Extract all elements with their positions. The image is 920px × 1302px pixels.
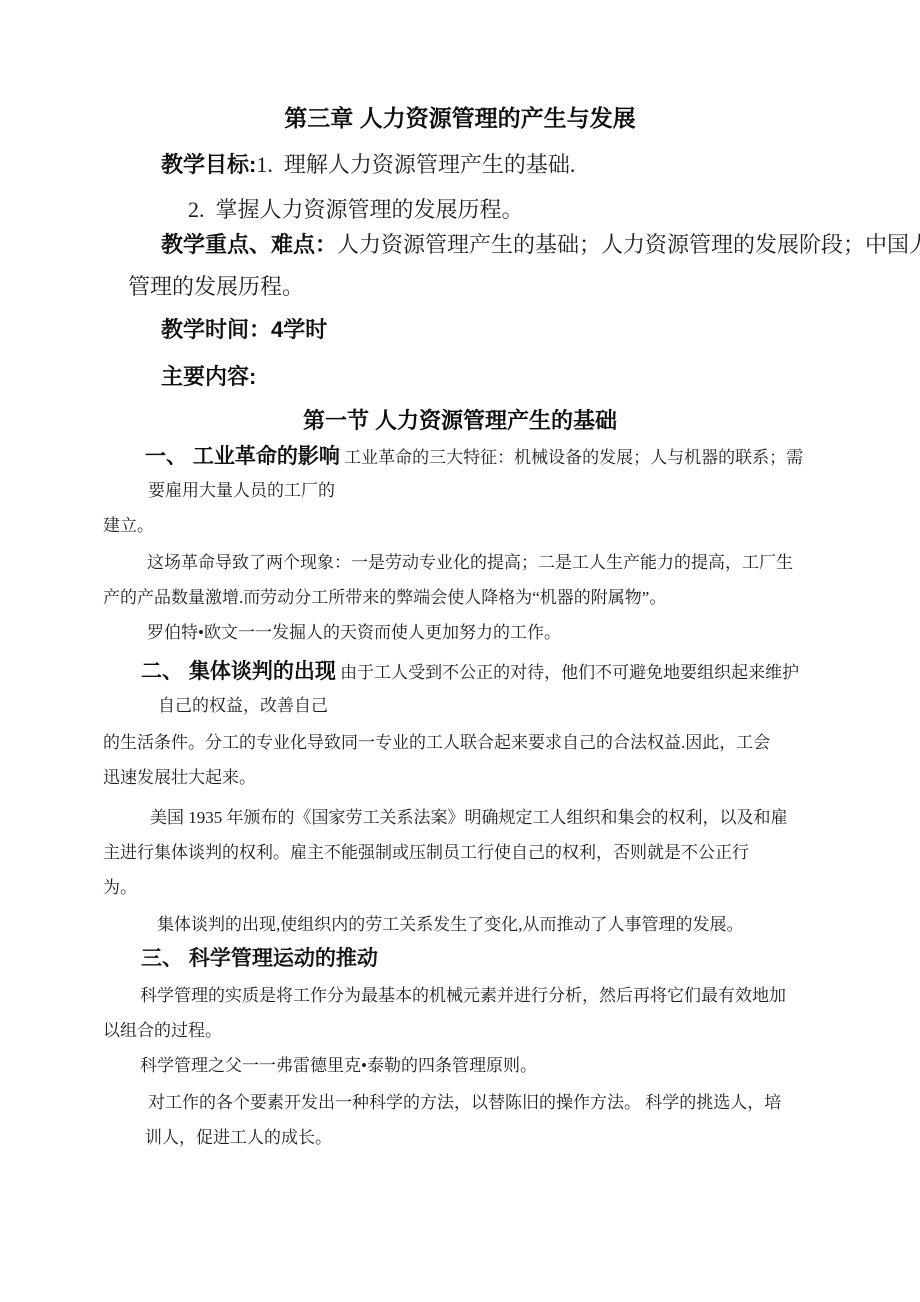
nlra-line-3: 为。 [103, 878, 137, 898]
industrial-revolution-heading-text: 工业革命的三大特征：机械设备的发展；人与机器的联系；需 [340, 448, 803, 467]
main-contents-line: 主要内容: [161, 364, 256, 389]
collective-bargaining-wrap-text: 自己的权益，改善自己 [158, 696, 328, 715]
taylor-principles-line-1: 对工作的各个要素开发出一种科学的方法，以替陈旧的操作方法。 科学的挑选人，培 [148, 1093, 781, 1113]
industrial-revolution-wrap-text: 要雇用大量人员的工厂的 [148, 481, 335, 500]
taylor-principles-text-1: 对工作的各个要素开发出一种科学的方法，以替陈旧的操作方法。 科学的挑选人，培 [148, 1093, 781, 1112]
nlra-line-1: 美国 1935 年颁布的《国家劳工关系法案》明确规定工人组织和集会的权利，以及和… [150, 808, 788, 828]
scientific-management-heading-line: 三、 科学管理运动的推动 [141, 947, 378, 971]
bargaining-impact-line: 集体谈判的出现,使组织内的劳工关系发生了变化,从而推动了人事管理的发展。 [157, 915, 744, 935]
nlra-text-3: 为。 [103, 878, 137, 897]
collective-bargaining-text-3: 的生活条件。分工的专业化导致同一专业的工人联合起来要求自己的合法权益.因此，工会 [103, 733, 770, 752]
taylor-principles-text-2: 训人，促进工人的成长。 [145, 1128, 332, 1147]
collective-bargaining-wrap-line: 自己的权益，改善自己 [158, 696, 328, 716]
industrial-revolution-heading-line: 一、 工业革命的影响 工业革命的三大特征：机械设备的发展；人与机器的联系；需 [145, 445, 803, 469]
document-page: 第三章 人力资源管理的产生与发展 教学目标:1. 理解人力资源管理产生的基础. … [0, 0, 920, 1302]
scientific-management-text-2: 以组合的过程。 [103, 1021, 222, 1040]
revolution-effects-line-2: 产的产品数量激增.而劳动分工所带来的弊端会使人降格为“机器的附属物”。 [103, 588, 666, 608]
collective-bargaining-line-4: 迅速发展壮大起来。 [103, 768, 256, 788]
industrial-revolution-heading-label: 一、 工业革命的影响 [145, 445, 340, 468]
section1-heading: 第一节 人力资源管理产生的基础 [0, 404, 920, 435]
nlra-line-2: 主进行集体谈判的权利。雇主不能强制或压制员工行使自己的权利，否则就是不公正行 [103, 843, 749, 863]
main-contents-label: 主要内容: [161, 364, 256, 389]
taylor-principles-line-2: 训人，促进工人的成长。 [145, 1128, 332, 1148]
collective-bargaining-heading-line: 二、 集体谈判的出现 由于工人受到不公正的对待，他们不可避免地要组织起来维护 [141, 660, 799, 684]
revolution-effects-text-2: 产的产品数量激增.而劳动分工所带来的弊端会使人降格为“机器的附属物”。 [103, 588, 666, 607]
teaching-hours-line: 教学时间：4学时 [161, 317, 327, 342]
teaching-objective-label: 教学目标: [161, 152, 256, 177]
taylor-text: 科学管理之父一一弗雷德里克•泰勒的四条管理原则。 [140, 1056, 537, 1075]
key-difficult-points-line-1: 教学重点、难点：人力资源管理产生的基础；人力资源管理的发展阶段；中国人力资源 [161, 232, 920, 257]
key-difficult-points-label: 教学重点、难点： [161, 232, 337, 257]
collective-bargaining-heading-text: 由于工人受到不公正的对待，他们不可避免地要组织起来维护 [336, 663, 799, 682]
robert-owen-line: 罗伯特•欧文一一发掘人的天资而使人更加努力的工作。 [147, 623, 561, 643]
nlra-text-1: 美国 1935 年颁布的《国家劳工关系法案》明确规定工人组织和集会的权利，以及和… [150, 808, 788, 827]
collective-bargaining-heading-label: 二、 集体谈判的出现 [141, 660, 336, 683]
scientific-management-text-1: 科学管理的实质是将工作分为最基本的机械元素并进行分析，然后再将它们最有效地加 [140, 986, 786, 1005]
revolution-effects-line-1: 这场革命导致了两个现象：一是劳动专业化的提高；二是工人生产能力的提高，工厂生 [147, 553, 793, 573]
robert-owen-text: 罗伯特•欧文一一发掘人的天资而使人更加努力的工作。 [147, 623, 561, 642]
bargaining-impact-text: 集体谈判的出现,使组织内的劳工关系发生了变化,从而推动了人事管理的发展。 [157, 915, 744, 934]
teaching-hours-label: 教学时间：4学时 [161, 317, 327, 342]
teaching-objective-line-1: 教学目标:1. 理解人力资源管理产生的基础. [161, 152, 575, 177]
nlra-text-2: 主进行集体谈判的权利。雇主不能强制或压制员工行使自己的权利，否则就是不公正行 [103, 843, 749, 862]
scientific-management-heading-label: 三、 科学管理运动的推动 [141, 947, 378, 970]
industrial-revolution-end-text: 建立。 [103, 516, 154, 535]
industrial-revolution-end-line: 建立。 [103, 516, 154, 536]
scientific-management-line-1: 科学管理的实质是将工作分为最基本的机械元素并进行分析，然后再将它们最有效地加 [140, 986, 786, 1006]
collective-bargaining-text-4: 迅速发展壮大起来。 [103, 768, 256, 787]
key-difficult-points-text: 人力资源管理产生的基础；人力资源管理的发展阶段；中国人力资源 [337, 232, 920, 257]
key-difficult-points-line-2: 管理的发展历程。 [128, 274, 304, 299]
teaching-objective-text: 1. 理解人力资源管理产生的基础. [256, 152, 575, 177]
teaching-objective-2-text: 2. 掌握人力资源管理的发展历程。 [188, 197, 524, 222]
scientific-management-line-2: 以组合的过程。 [103, 1021, 222, 1041]
key-difficult-points-wrap-text: 管理的发展历程。 [128, 274, 304, 299]
industrial-revolution-wrap-line: 要雇用大量人员的工厂的 [148, 481, 335, 501]
revolution-effects-text-1: 这场革命导致了两个现象：一是劳动专业化的提高；二是工人生产能力的提高，工厂生 [147, 553, 793, 572]
collective-bargaining-line-3: 的生活条件。分工的专业化导致同一专业的工人联合起来要求自己的合法权益.因此，工会 [103, 733, 770, 753]
taylor-line: 科学管理之父一一弗雷德里克•泰勒的四条管理原则。 [140, 1056, 537, 1076]
teaching-objective-line-2: 2. 掌握人力资源管理的发展历程。 [188, 197, 524, 222]
chapter-title: 第三章 人力资源管理的产生与发展 [0, 100, 920, 133]
